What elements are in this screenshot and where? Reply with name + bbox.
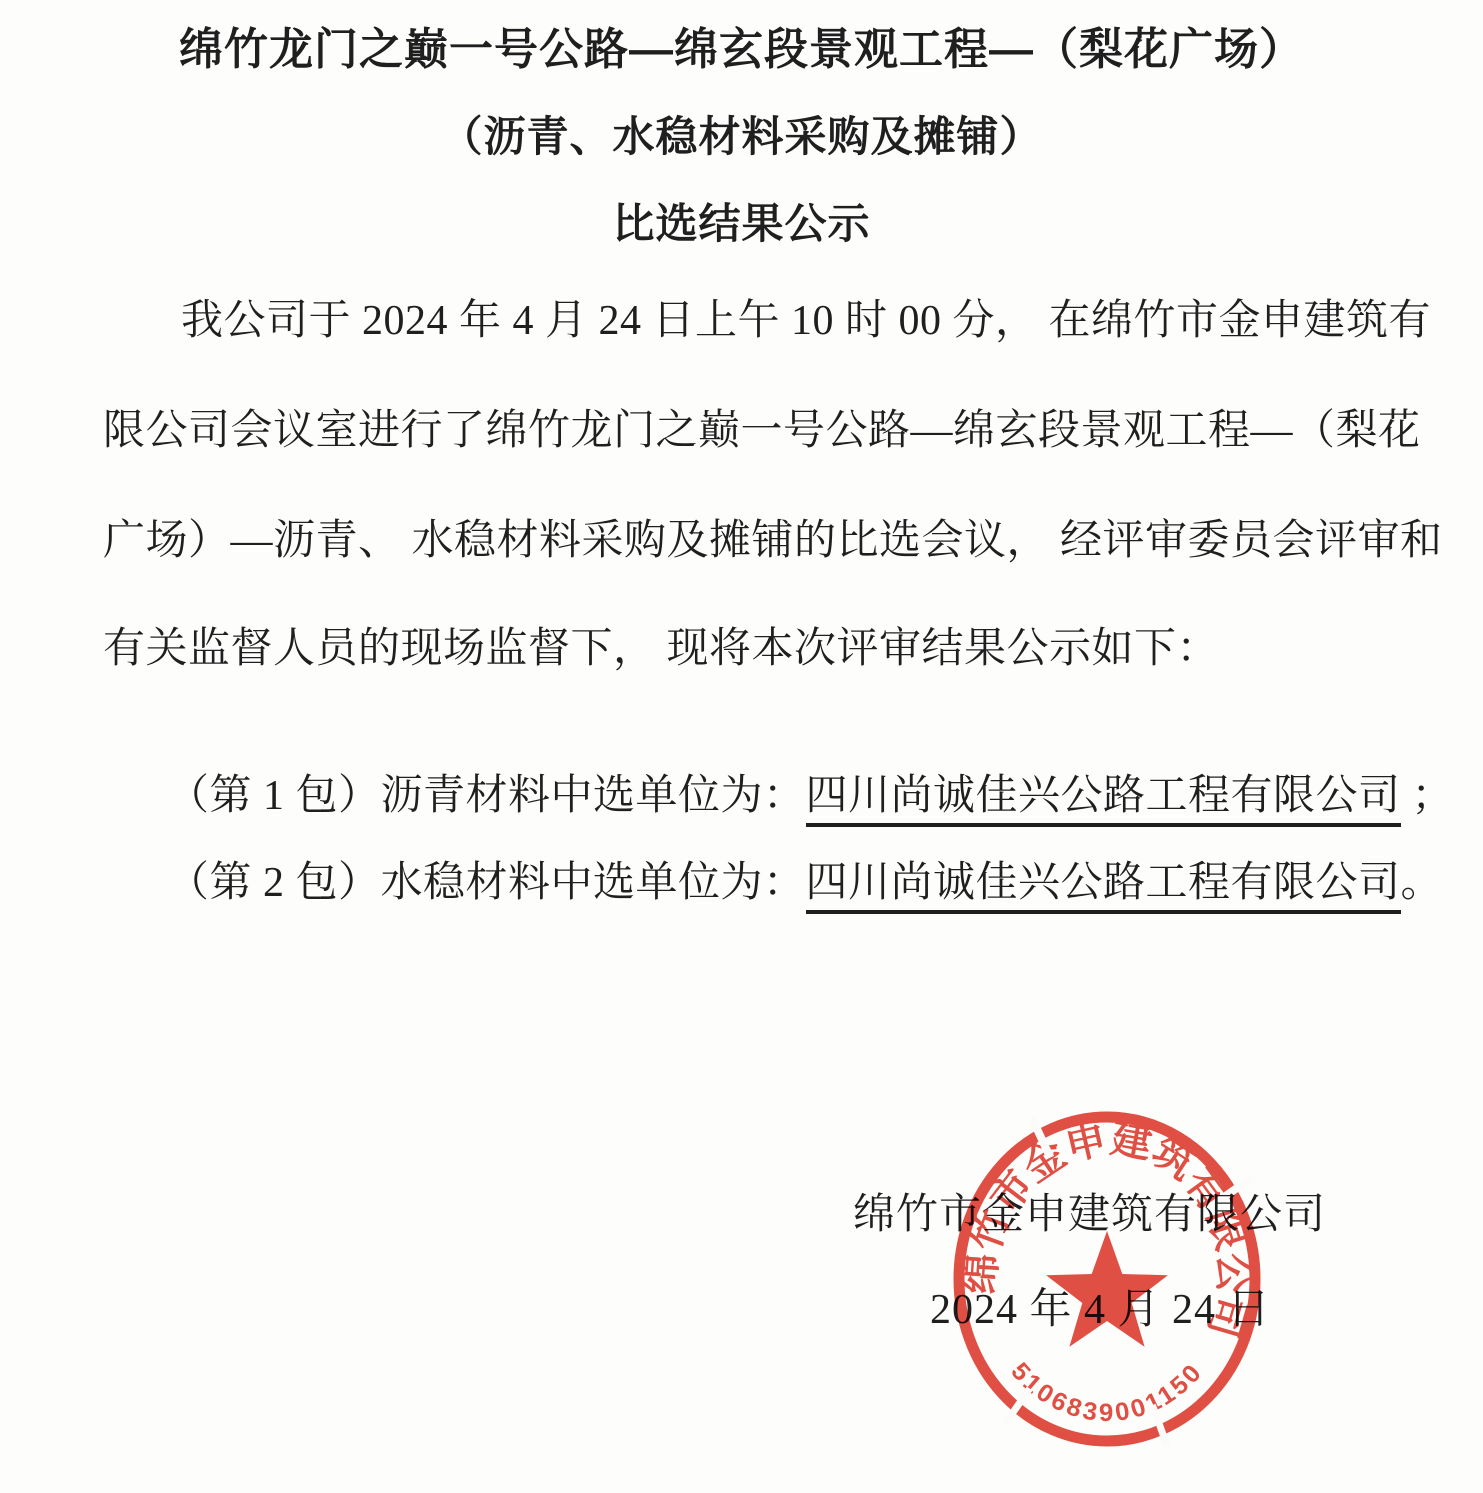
paragraph-line-1: 我公司于 2024 年 4 月 24 日上午 10 时 00 分， 在绵竹市金申… [103,298,1431,344]
result-1-suffix: ； [1401,773,1455,819]
seal-ink-break [1149,1404,1171,1448]
doc-title-line-3: 比选结果公示 [0,201,1483,247]
signature-company-name: 绵竹市金申建筑有限公司 [853,1192,1326,1238]
doc-title-line-1: 绵竹龙门之巅一号公路—绵玄段景观工程—（梨花广场） [0,26,1483,74]
seal-ink-break [1002,1386,1033,1426]
svg-text:5106839001150: 5106839001150 [1005,1357,1208,1427]
result-line-package-2: （第 2 包）水稳材料中选单位为：四川尚诚佳兴公路工程有限公司。 [103,814,1443,961]
result-2-winner-company: 四川尚诚佳兴公路工程有限公司 [806,860,1401,914]
result-2-prefix: （第 2 包）水稳材料中选单位为： [167,860,806,906]
seal-ink-break [1028,1116,1054,1159]
seal-ring-circle [959,1117,1255,1441]
official-company-seal: 绵竹市金申建筑有限公司 5106839001150 [937,1099,1277,1459]
signature-date: 2024 年 4 月 24 日 [930,1287,1271,1333]
scanned-document-page: 绵竹龙门之巅一号公路—绵玄段景观工程—（梨花广场） （沥青、水稳材料采购及摊铺）… [0,0,1483,1493]
paragraph-line-4: 有关监督人员的现场监督下， 现将本次评审结果公示如下： [103,626,1219,672]
paragraph-line-2: 限公司会议室进行了绵竹龙门之巅一号公路—绵玄段景观工程—（梨花 [103,408,1421,454]
doc-title-line-2: （沥青、水稳材料采购及摊铺） [0,114,1483,160]
seal-code-number: 5106839001150 [1005,1357,1208,1427]
result-2-suffix: 。 [1401,860,1444,906]
paragraph-line-3: 广场）—沥青、 水稳材料采购及摊铺的比选会议， 经评审委员会评审和 [103,518,1443,564]
result-1-prefix: （第 1 包）沥青材料中选单位为： [167,773,806,819]
